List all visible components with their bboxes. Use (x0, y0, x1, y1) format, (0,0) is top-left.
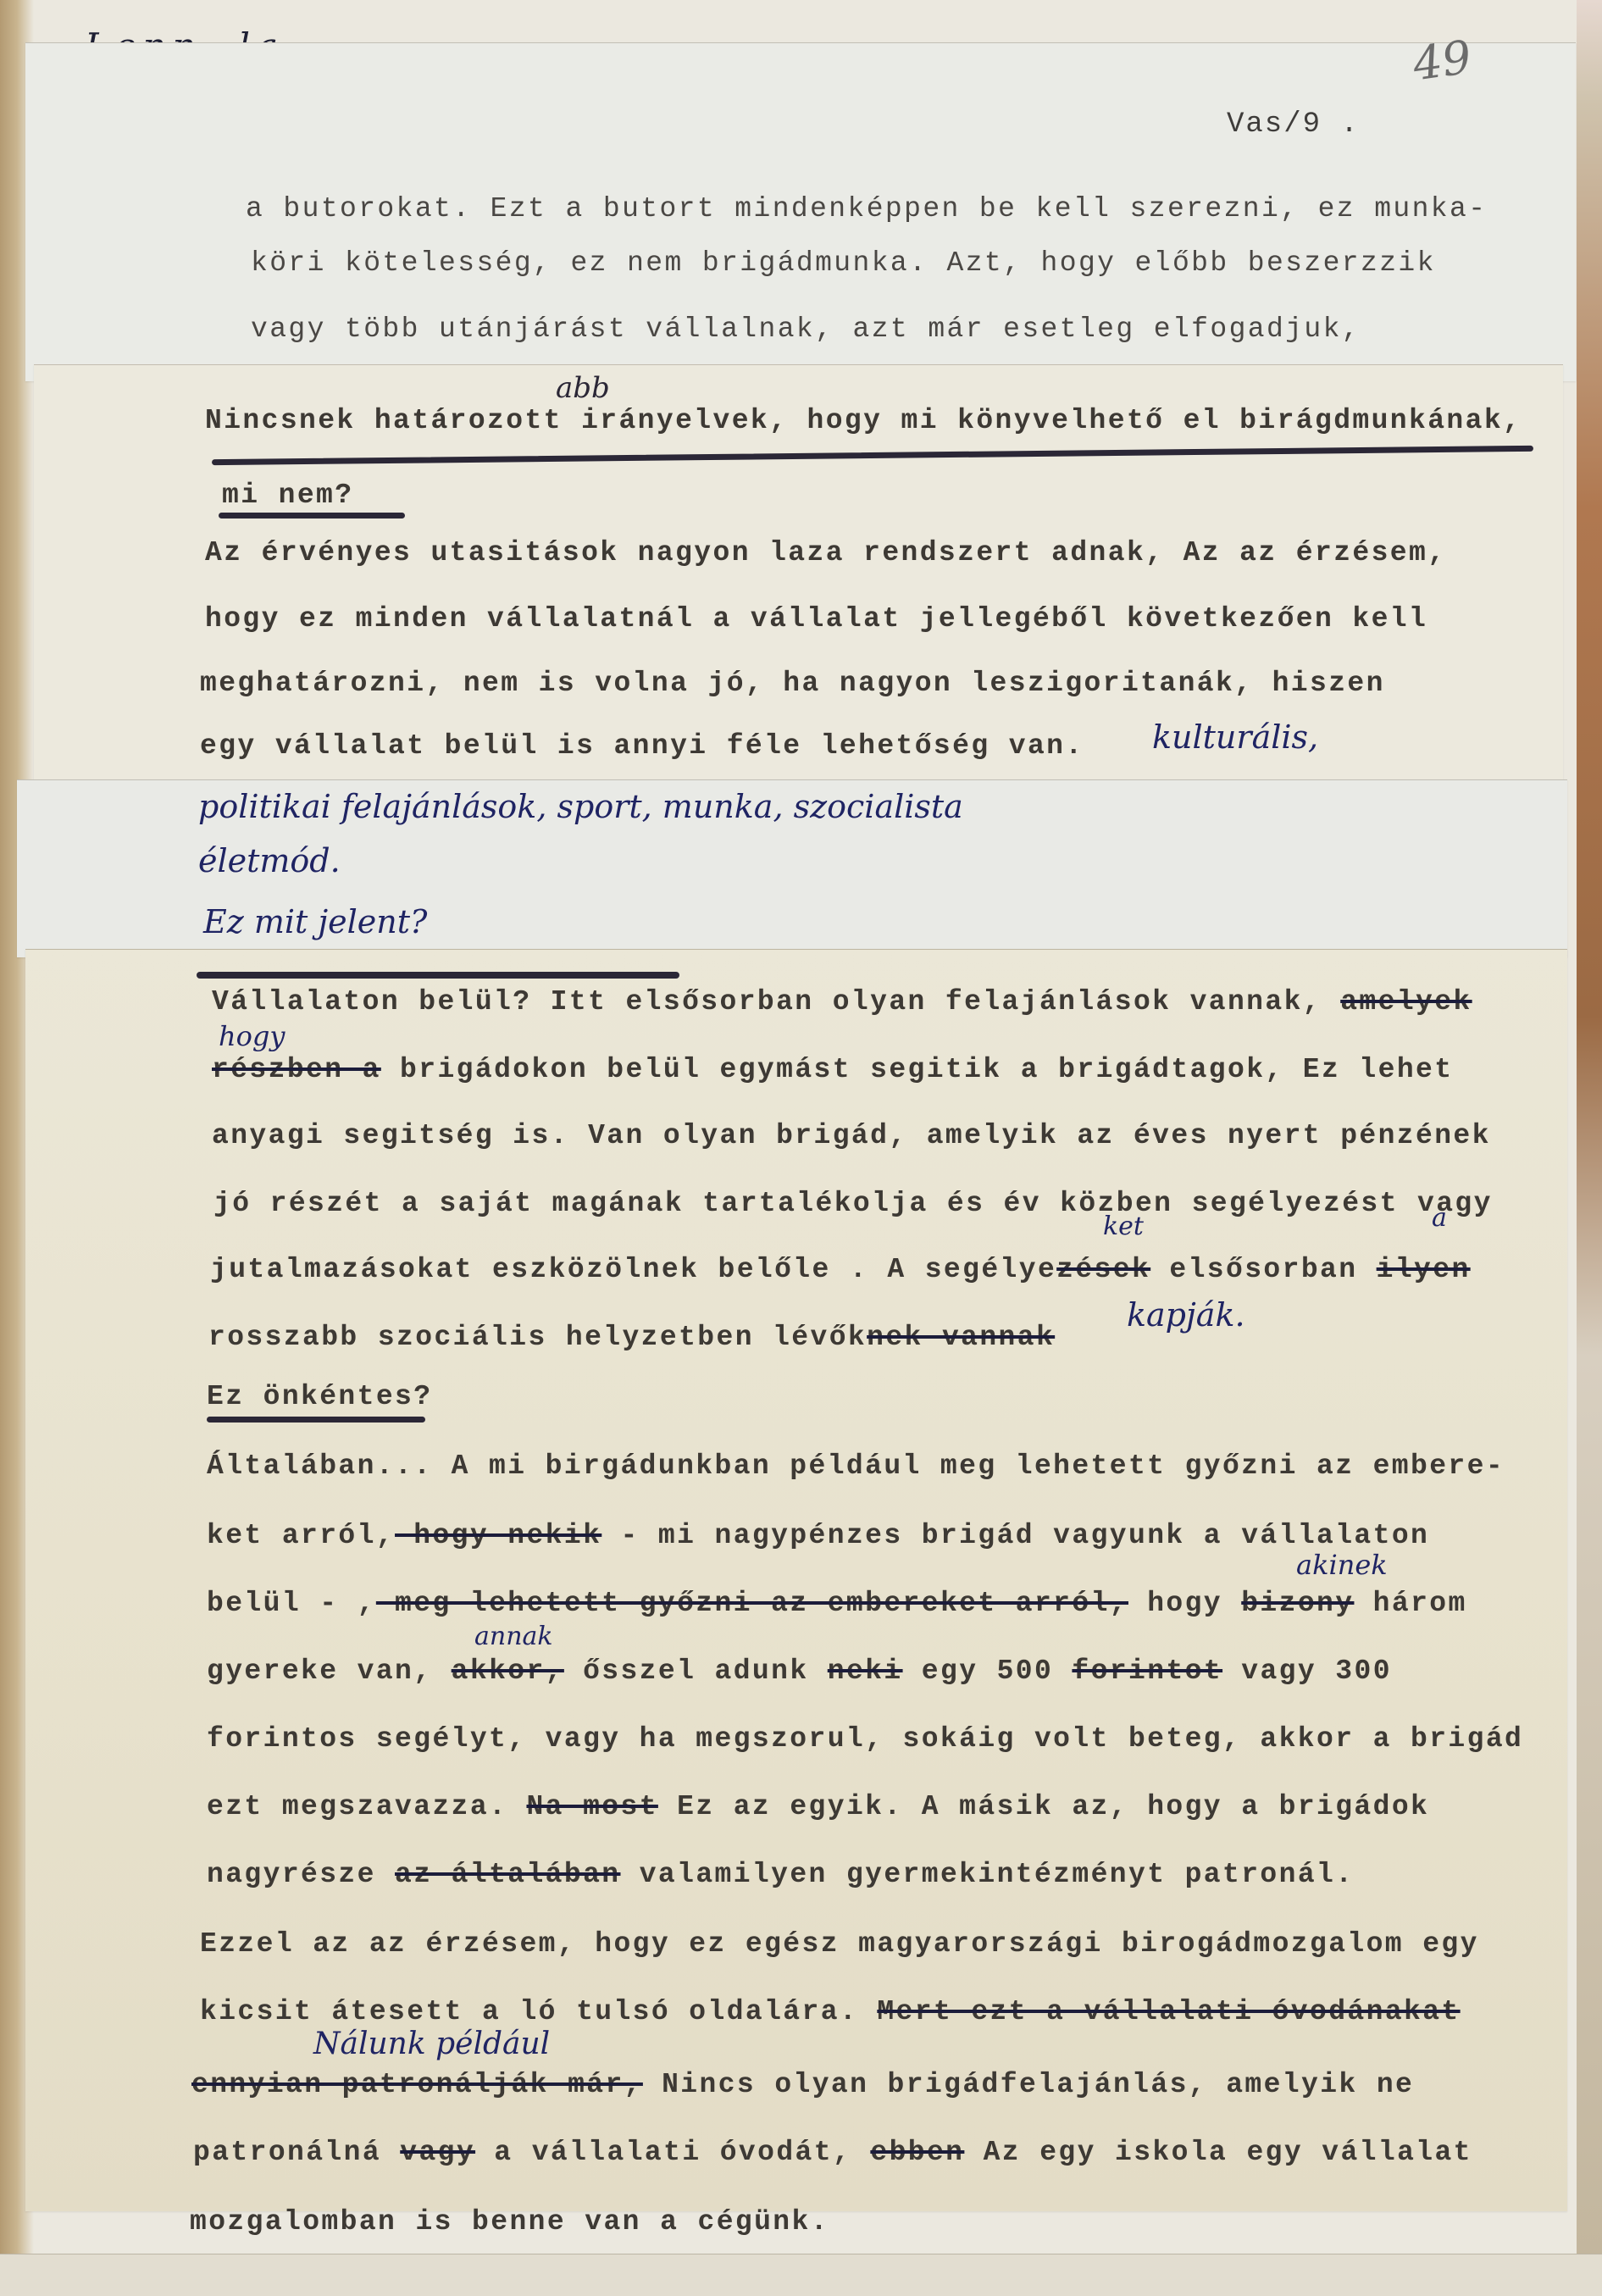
typed-line: a butorokat. Ezt a butort mindenképpen b… (246, 193, 1487, 225)
handwritten-question: Ez mit jelent? (203, 903, 427, 940)
interview-question: Ez önkéntes? (207, 1381, 432, 1412)
typed-line: patronálná vagy a vállalati óvodát, ebbe… (193, 2137, 1472, 2168)
typed-line: Általában... A mi birgádunkban például m… (207, 1450, 1505, 1482)
typed-line: vagy több utánjárást vállalnak, azt már … (251, 313, 1361, 345)
typed-line: gyereke van, akkor, ősszel adunk neki eg… (207, 1655, 1392, 1687)
handwritten-insert: akinek (1296, 1549, 1388, 1581)
struck-text: bizony (1241, 1588, 1354, 1619)
typed-line: mozgalomban is benne van a cégünk. (190, 2206, 829, 2238)
typed-line: forintos segélyt, vagy ha megszorul, sok… (207, 1723, 1523, 1755)
question-underline (219, 513, 405, 519)
typed-line: ennyian patronálják már, Nincs olyan bri… (191, 2069, 1414, 2100)
question-underline (197, 972, 679, 979)
handwritten-insert: annak (474, 1622, 553, 1651)
typed-line: jó részét a saját magának tartalékolja é… (213, 1188, 1493, 1219)
typed-line: Az érvényes utasitások nagyon laza rends… (205, 537, 1446, 568)
typed-line: kicsit átesett a ló tulsó oldalára. Mert… (200, 1996, 1461, 2027)
struck-text: hogy nekik (395, 1520, 601, 1551)
lower-sheet-edge (0, 2254, 1602, 2296)
struck-text: nek vannak (867, 1322, 1055, 1353)
typed-line: hogy ez minden vállalatnál a vállalat je… (205, 603, 1427, 635)
struck-text: ilyen (1377, 1254, 1471, 1285)
typed-line: rosszabb szociális helyzetben lévőknek v… (208, 1322, 1055, 1353)
handwritten-annotation: kapják. (1127, 1296, 1245, 1334)
typed-line: anyagi segitség is. Van olyan brigád, am… (212, 1120, 1491, 1151)
page-number: 49 (1410, 31, 1475, 92)
handwritten-insert: Nálunk például (313, 2027, 550, 2061)
struck-text: forintot (1072, 1655, 1222, 1687)
struck-text: zések (1056, 1254, 1150, 1285)
typed-line: nagyrésze az általában valamilyen gyerme… (207, 1859, 1354, 1890)
typed-line: ket arról, hogy nekik - mi nagypénzes br… (207, 1520, 1429, 1551)
typed-line: részben a brigádokon belül egymást segit… (212, 1054, 1453, 1085)
typed-line: meghatározni, nem is volna jó, ha nagyon… (200, 668, 1385, 699)
struck-text: vagy (400, 2137, 475, 2168)
struck-text: az általában (395, 1859, 620, 1890)
struck-text: neki (828, 1655, 903, 1687)
interview-question: mi nem? (222, 480, 353, 511)
handwritten-annotation: kulturális, (1152, 718, 1318, 756)
typed-line: Vállalaton belül? Itt elsősorban olyan f… (212, 986, 1472, 1018)
struck-text: Mert ezt a vállalati óvodánakat (877, 1996, 1460, 2027)
handwritten-annotation: politikai felajánlások, sport, munka, sz… (198, 788, 963, 825)
struck-text: amelyek (1340, 986, 1472, 1018)
document-reference: Vas/9 . (1227, 108, 1360, 141)
question-underline (207, 1417, 425, 1423)
handwritten-insert: a (1432, 1203, 1447, 1233)
typed-line: belül - , meg lehetett győzni az emberek… (207, 1588, 1467, 1619)
typed-line: Ezzel az az érzésem, hogy ez egész magya… (200, 1928, 1479, 1960)
handwritten-insert: abb (556, 371, 610, 405)
handwritten-insert: hogy (219, 1020, 285, 1052)
typed-line: ezt megszavazza. Na most Ez az egyik. A … (207, 1791, 1429, 1822)
typed-line: köri kötelesség, ez nem brigádmunka. Azt… (251, 247, 1436, 279)
struck-text: ennyian patronálják már, (191, 2069, 643, 2100)
struck-text: részben a (212, 1054, 381, 1085)
table-surface-edge (1577, 0, 1602, 2296)
typed-line: jutalmazásokat eszközölnek belőle . A se… (210, 1254, 1471, 1285)
handwritten-annotation: életmód. (198, 842, 341, 879)
typed-line: egy vállalat belül is annyi féle lehetős… (200, 730, 1084, 762)
handwritten-insert: ket (1103, 1212, 1144, 1241)
struck-text: akkor, (452, 1655, 564, 1687)
interview-question: Nincsnek határozott irányelvek, hogy mi … (205, 405, 1522, 436)
struck-text: meg lehetett győzni az embereket arról, (376, 1588, 1128, 1619)
struck-text: Na most (526, 1791, 657, 1822)
struck-text: ebben (870, 2137, 964, 2168)
